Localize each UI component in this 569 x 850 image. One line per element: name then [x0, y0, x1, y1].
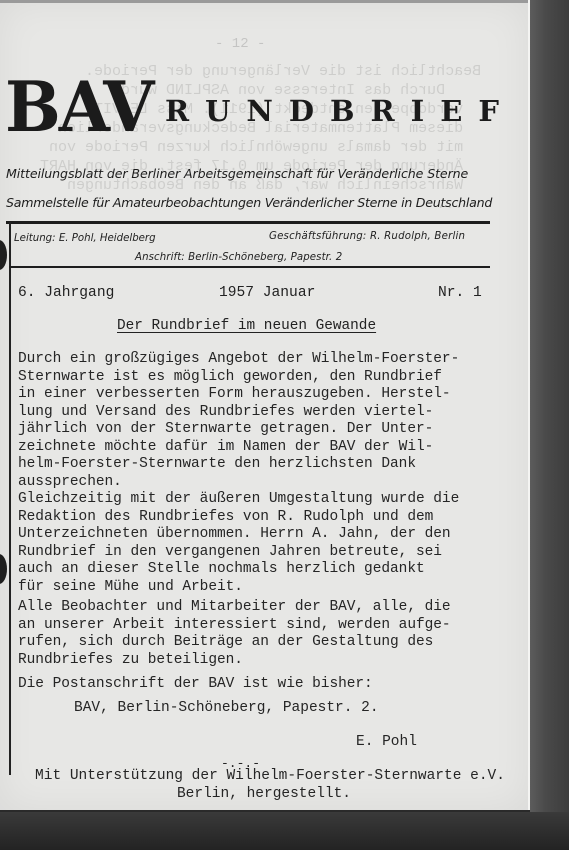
footer-credit: Mit Unterstützung der Wilhelm-Foerster-S…: [0, 768, 530, 784]
issue-number: Nr. 1: [438, 285, 482, 301]
postal-address: BAV, Berlin-Schöneberg, Papestr. 2.: [74, 700, 379, 716]
article-title: Der Rundbrief im neuen Gewande: [117, 318, 376, 334]
subtitle-collection: Sammelstelle für Amateurbeobachtungen Ve…: [6, 195, 492, 210]
article-paragraph: Gleichzeitig mit der äußeren Umgestaltun…: [18, 491, 459, 596]
document-page: Beachtlich ist die Verlängerung der Peri…: [0, 0, 530, 810]
binder-hole: [0, 554, 7, 584]
address-info: Anschrift: Berlin-Schöneberg, Papestr. 2: [135, 252, 342, 263]
article-paragraph: Durch ein großzügiges Angebot der Wilhel…: [18, 351, 459, 491]
bav-logo: BAV: [5, 72, 152, 141]
page-edge: [0, 0, 528, 3]
footer-credit-city: Berlin, hergestellt.: [0, 786, 528, 802]
issue-volume: 6. Jahrgang: [18, 285, 114, 301]
subtitle-organization: Mitteilungsblatt der Berliner Arbeitsgem…: [6, 166, 468, 181]
content-box-left-border: [9, 222, 11, 775]
editor-info: Leitung: E. Pohl, Heidelberg: [14, 233, 156, 244]
management-info: Geschäftsführung: R. Rudolph, Berlin: [269, 231, 465, 242]
article-paragraph: Alle Beobachter und Mitarbeiter der BAV,…: [18, 599, 451, 669]
issue-date: 1957 Januar: [219, 285, 315, 301]
publication-title: RUNDBRIEF: [165, 96, 515, 126]
scan-background-right: [530, 0, 569, 850]
header-rule-bottom: [9, 266, 490, 268]
signature: E. Pohl: [356, 734, 417, 750]
scan-background-bottom: [0, 812, 569, 850]
header-rule-top: [6, 221, 490, 224]
binder-hole: [0, 240, 7, 270]
article-paragraph: Die Postanschrift der BAV ist wie bisher…: [18, 676, 373, 694]
page-number: - 12 -: [215, 36, 265, 52]
